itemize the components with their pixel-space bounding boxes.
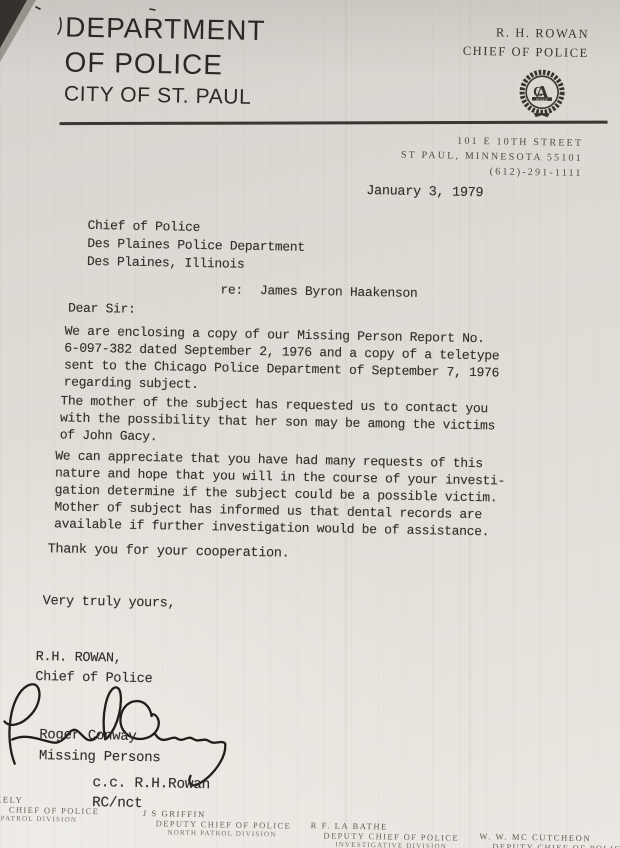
chief-block: R. H. ROWAN CHIEF OF POLICE <box>463 23 590 63</box>
org-name-line2: OF POLICE <box>64 44 265 83</box>
signer-name: R.H. ROWAN, <box>35 648 152 670</box>
footer-official: R F. LA BATHE DEPUTY CHIEF OF POLICE INV… <box>310 820 459 848</box>
body-paragraph: We can appreciate that you have had many… <box>54 447 506 540</box>
address-phone: (612)-291-1111 <box>400 163 582 181</box>
cc-line: c.c. R.H.Rowan <box>92 773 210 795</box>
signature-title: Missing Persons <box>39 746 161 769</box>
recipient-address: Chief of Police Des Plaines Police Depar… <box>87 217 305 275</box>
re-subject: James Byron Haakenson <box>260 283 418 301</box>
salutation: Dear Sir: <box>68 301 136 317</box>
letterhead-divider <box>60 121 608 125</box>
org-city-line: CITY OF ST. PAUL <box>64 81 265 111</box>
re-label: re: <box>220 282 243 297</box>
org-name-line1: DEPARTMENT <box>65 9 266 48</box>
body-paragraph: We are enclosing a copy of our Missing P… <box>64 322 500 398</box>
footer-official: J S GRIFFIN DEPUTY CHIEF OF POLICE NORTH… <box>142 808 291 839</box>
police-seal-icon: A C POLICE <box>517 68 568 123</box>
footer-official: KELY CHIEF OF POLICE PATROL DIVISION <box>1 794 100 824</box>
chief-title: CHIEF OF POLICE <box>463 42 589 63</box>
letter-photo: DEPARTMENT OF POLICE CITY OF ST. PAUL R.… <box>0 0 620 848</box>
re-line: re: James Byron Haakenson <box>220 282 417 301</box>
letterhead-address: 101 E 10TH STREET ST PAUL, MINNESOTA 551… <box>400 133 583 181</box>
letterhead-org: DEPARTMENT OF POLICE CITY OF ST. PAUL <box>64 9 266 111</box>
footer-official-division: INVESTIGATIVE DIVISION <box>335 841 459 848</box>
undersigned-block: Roger Conway Missing Persons <box>39 725 161 768</box>
closing-thanks: Thank you for your cooperation. <box>48 542 290 561</box>
valediction: Very truly yours, <box>43 594 176 611</box>
footer-official-division: NORTH PATROL DIVISION <box>167 828 291 838</box>
footer-official: W. W. MC CUTCHEON DEPUTY CHIEF OF POLICE <box>479 831 620 848</box>
svg-text:POLICE: POLICE <box>536 98 548 102</box>
signature-name: Roger Conway <box>39 725 161 748</box>
letter-date: January 3, 1979 <box>366 184 483 201</box>
body-paragraph: The mother of the subject has requested … <box>60 392 496 451</box>
chief-name: R. H. ROWAN <box>463 23 589 44</box>
letter-sheet: DEPARTMENT OF POLICE CITY OF ST. PAUL R.… <box>0 0 620 848</box>
